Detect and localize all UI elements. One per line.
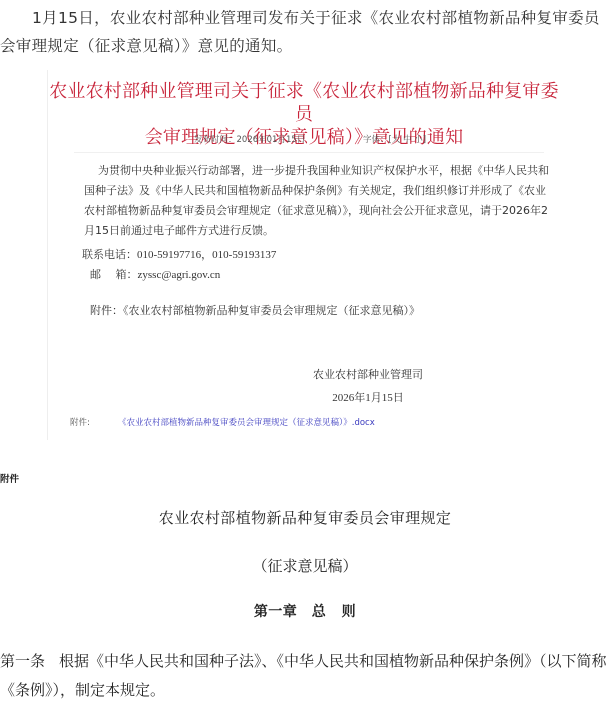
article-number: 第一条 <box>0 652 45 670</box>
signature-date: 2026年1月15日 <box>112 389 610 405</box>
email-value: zyssc@agri.gov.cn <box>138 269 221 281</box>
regulation-subtitle: （征求意见稿） <box>0 555 610 576</box>
signature-org: 农业农村部种业管理司 <box>112 366 610 382</box>
regulation-title: 农业农村部植物新品种复审委员会审理规定 <box>0 507 610 528</box>
article-text: 根据《中华人民共和国种子法》、《中华人民共和国植物新品种保护条例》（以下简称《条… <box>0 652 607 699</box>
notice-body: 为贯彻中央种业振兴行动部署，进一步提升我国种业知识产权保护水平，根据《中华人民共… <box>84 161 550 241</box>
notice-screenshot-card: 农业农村部种业管理司关于征求《农业农村部植物新品种复审委员 会审理规定（征求意见… <box>47 70 560 440</box>
notice-title-line1: 农业农村部种业管理司关于征求《农业农村部植物新品种复审委员 <box>48 80 560 126</box>
appendix-label: 附件 <box>0 471 19 485</box>
attachment-download-link[interactable]: 《农业农村部植物新品种复审委员会审理规定（征求意见稿）》.docx <box>118 416 375 428</box>
file-label: 附件: <box>70 416 90 428</box>
font-size-selector[interactable]: 字体：[大 中 小] <box>363 133 426 145</box>
attachment-label: 附件： <box>90 304 123 317</box>
contact-email: 邮 箱：zyssc@agri.gov.cn <box>90 266 220 282</box>
publish-date: 发布时间：2026年01月15日 <box>194 133 305 145</box>
article-1: 第一条根据《中华人民共和国种子法》、《中华人民共和国植物新品种保护条例》（以下简… <box>0 647 610 703</box>
contact-phone: 联系电话：010-59197716，010-59193137 <box>82 246 276 262</box>
chapter-heading: 第一章 总 则 <box>0 601 610 621</box>
intro-paragraph: 1月15日，农业农村部种业管理司发布关于征求《农业农村部植物新品种复审委员会审理… <box>0 4 606 60</box>
attachment-line: 附件：《农业农村部植物新品种复审委员会审理规定（征求意见稿）》 <box>90 302 420 318</box>
attachment-text: 《农业农村部植物新品种复审委员会审理规定（征求意见稿）》 <box>123 304 420 317</box>
email-label: 邮 箱： <box>90 268 138 281</box>
phone-label: 联系电话： <box>82 248 137 261</box>
phone-value: 010-59197716，010-59193137 <box>137 249 276 261</box>
divider <box>74 152 544 153</box>
